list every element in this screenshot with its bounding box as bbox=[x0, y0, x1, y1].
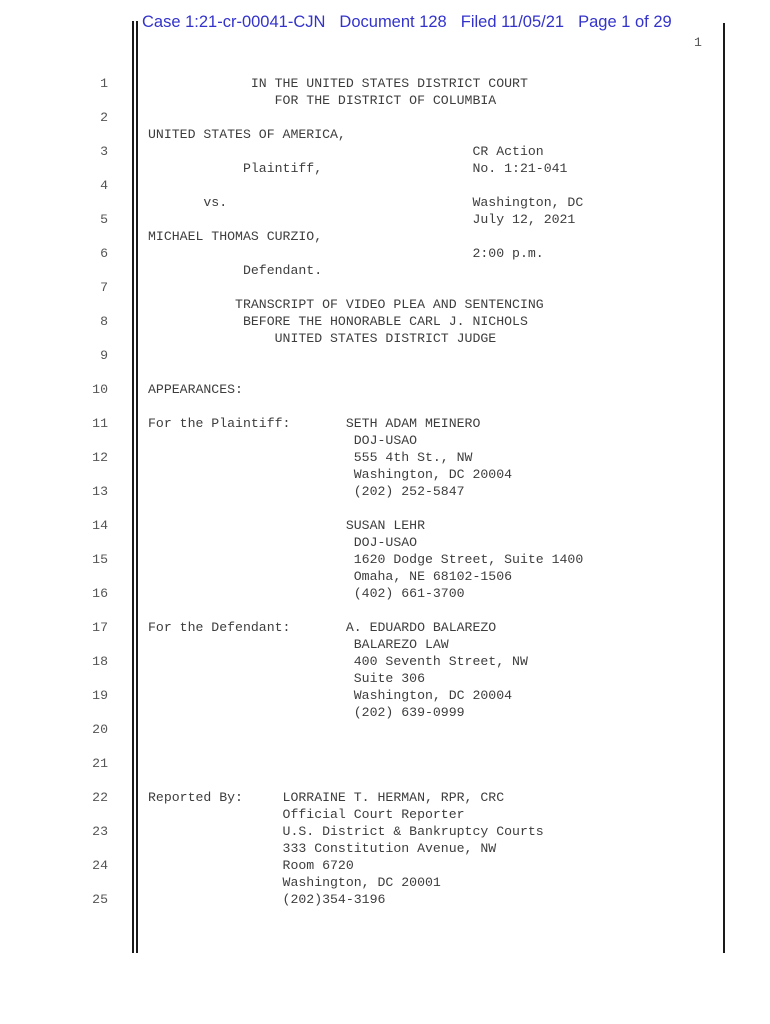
transcript-row: Omaha, NE 68102-1506 bbox=[148, 568, 583, 585]
transcript-row: MICHAEL THOMAS CURZIO, bbox=[148, 228, 583, 245]
right-margin-line bbox=[723, 23, 725, 953]
transcript-row: 2:00 p.m. bbox=[148, 245, 583, 262]
transcript-row: July 12, 2021 bbox=[148, 211, 583, 228]
transcript-row: 400 Seventh Street, NW bbox=[148, 653, 583, 670]
transcript-row: Reported By: LORRAINE T. HERMAN, RPR, CR… bbox=[148, 789, 583, 806]
transcript-row: UNITED STATES OF AMERICA, bbox=[148, 126, 583, 143]
transcript-row: 1620 Dodge Street, Suite 1400 bbox=[148, 551, 583, 568]
page-number: 1 bbox=[694, 34, 702, 51]
transcript-row: IN THE UNITED STATES DISTRICT COURT bbox=[148, 75, 583, 92]
transcript-row: BALAREZO LAW bbox=[148, 636, 583, 653]
transcript-row bbox=[148, 755, 583, 772]
case-stamp: Case 1:21-cr-00041-CJN Document 128 File… bbox=[142, 13, 672, 32]
transcript-body: IN THE UNITED STATES DISTRICT COURT FOR … bbox=[148, 75, 583, 908]
transcript-row: 555 4th St., NW bbox=[148, 449, 583, 466]
transcript-row bbox=[148, 109, 583, 126]
line-number: 18 bbox=[84, 653, 108, 687]
transcript-row bbox=[148, 772, 583, 789]
line-number: 13 bbox=[84, 483, 108, 517]
line-number-column: 1234567891011121314151617181920212223242… bbox=[84, 75, 108, 925]
line-number: 15 bbox=[84, 551, 108, 585]
transcript-row: vs. Washington, DC bbox=[148, 194, 583, 211]
line-number: 4 bbox=[84, 177, 108, 211]
transcript-row: CR Action bbox=[148, 143, 583, 160]
line-number: 22 bbox=[84, 789, 108, 823]
left-margin-line-outer bbox=[132, 21, 134, 953]
line-number: 16 bbox=[84, 585, 108, 619]
transcript-row: BEFORE THE HONORABLE CARL J. NICHOLS bbox=[148, 313, 583, 330]
line-number: 20 bbox=[84, 721, 108, 755]
transcript-row: Official Court Reporter bbox=[148, 806, 583, 823]
transcript-row: TRANSCRIPT OF VIDEO PLEA AND SENTENCING bbox=[148, 296, 583, 313]
stamp-filed-date: Filed 11/05/21 bbox=[461, 13, 564, 32]
line-number: 6 bbox=[84, 245, 108, 279]
transcript-row: Washington, DC 20004 bbox=[148, 687, 583, 704]
line-number: 8 bbox=[84, 313, 108, 347]
transcript-row: UNITED STATES DISTRICT JUDGE bbox=[148, 330, 583, 347]
transcript-row: (202) 252-5847 bbox=[148, 483, 583, 500]
transcript-row bbox=[148, 279, 583, 296]
transcript-row bbox=[148, 177, 583, 194]
line-number: 14 bbox=[84, 517, 108, 551]
line-number: 11 bbox=[84, 415, 108, 449]
transcript-row bbox=[148, 602, 583, 619]
line-number: 2 bbox=[84, 109, 108, 143]
transcript-row: 333 Constitution Avenue, NW bbox=[148, 840, 583, 857]
transcript-row: DOJ-USAO bbox=[148, 534, 583, 551]
transcript-row bbox=[148, 721, 583, 738]
transcript-row: (402) 661-3700 bbox=[148, 585, 583, 602]
transcript-row: For the Defendant: A. EDUARDO BALAREZO bbox=[148, 619, 583, 636]
stamp-page-count: Page 1 of 29 bbox=[578, 13, 672, 32]
transcript-row: Room 6720 bbox=[148, 857, 583, 874]
line-number: 7 bbox=[84, 279, 108, 313]
line-number: 12 bbox=[84, 449, 108, 483]
transcript-row bbox=[148, 398, 583, 415]
transcript-row bbox=[148, 364, 583, 381]
transcript-row bbox=[148, 500, 583, 517]
line-number: 1 bbox=[84, 75, 108, 109]
transcript-row: Washington, DC 20004 bbox=[148, 466, 583, 483]
line-number: 23 bbox=[84, 823, 108, 857]
left-margin-line-inner bbox=[136, 21, 138, 953]
transcript-row bbox=[148, 347, 583, 364]
transcript-row: U.S. District & Bankruptcy Courts bbox=[148, 823, 583, 840]
transcript-row: FOR THE DISTRICT OF COLUMBIA bbox=[148, 92, 583, 109]
transcript-row: Washington, DC 20001 bbox=[148, 874, 583, 891]
stamp-case-number: Case 1:21-cr-00041-CJN bbox=[142, 13, 325, 32]
transcript-row: Defendant. bbox=[148, 262, 583, 279]
line-number: 10 bbox=[84, 381, 108, 415]
line-number: 25 bbox=[84, 891, 108, 925]
stamp-document-number: Document 128 bbox=[339, 13, 446, 32]
line-number: 24 bbox=[84, 857, 108, 891]
line-number: 17 bbox=[84, 619, 108, 653]
transcript-page: Case 1:21-cr-00041-CJN Document 128 File… bbox=[0, 0, 770, 1024]
transcript-row: For the Plaintiff: SETH ADAM MEINERO bbox=[148, 415, 583, 432]
line-number: 3 bbox=[84, 143, 108, 177]
transcript-row: (202)354-3196 bbox=[148, 891, 583, 908]
line-number: 9 bbox=[84, 347, 108, 381]
transcript-row: Plaintiff, No. 1:21-041 bbox=[148, 160, 583, 177]
transcript-row: Suite 306 bbox=[148, 670, 583, 687]
transcript-row bbox=[148, 738, 583, 755]
transcript-row: (202) 639-0999 bbox=[148, 704, 583, 721]
transcript-row: DOJ-USAO bbox=[148, 432, 583, 449]
line-number: 19 bbox=[84, 687, 108, 721]
transcript-row: APPEARANCES: bbox=[148, 381, 583, 398]
line-number: 5 bbox=[84, 211, 108, 245]
transcript-row: SUSAN LEHR bbox=[148, 517, 583, 534]
line-number: 21 bbox=[84, 755, 108, 789]
